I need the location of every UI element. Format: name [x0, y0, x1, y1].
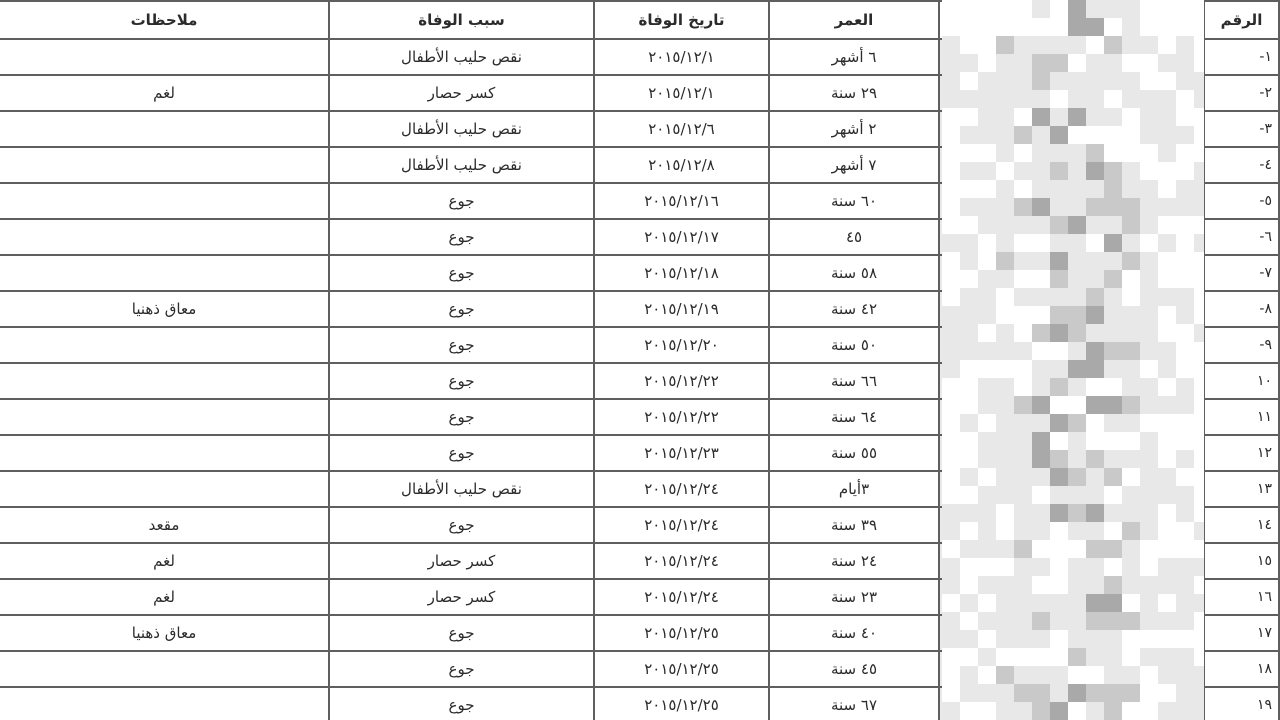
mosaic-tile [1050, 504, 1068, 522]
mosaic-tile [1032, 522, 1050, 540]
mosaic-tile [1050, 36, 1068, 54]
mosaic-tile [1122, 378, 1140, 396]
mosaic-tile [1158, 162, 1176, 180]
mosaic-tile [996, 324, 1014, 342]
mosaic-tile [1104, 0, 1122, 18]
row-number: ١٥ [1204, 543, 1279, 579]
mosaic-tile [1140, 324, 1158, 342]
mosaic-tile [1068, 234, 1086, 252]
mosaic-tile [960, 414, 978, 432]
mosaic-tile [960, 54, 978, 72]
cause-cell: جوع [329, 255, 594, 291]
notes-cell [0, 687, 329, 720]
mosaic-tile [1014, 540, 1032, 558]
mosaic-tile [942, 504, 960, 522]
mosaic-tile [1194, 180, 1204, 198]
mosaic-tile [978, 288, 996, 306]
mosaic-tile [942, 612, 960, 630]
mosaic-tile [1158, 684, 1176, 702]
mosaic-tile [1158, 396, 1176, 414]
mosaic-tile [942, 558, 960, 576]
mosaic-tile [1158, 90, 1176, 108]
mosaic-tile [1104, 630, 1122, 648]
mosaic-tile [1122, 216, 1140, 234]
mosaic-tile [960, 198, 978, 216]
mosaic-tile [996, 414, 1014, 432]
mosaic-tile [1014, 504, 1032, 522]
mosaic-tile [1104, 288, 1122, 306]
mosaic-tile [978, 306, 996, 324]
mosaic-tile [1050, 702, 1068, 720]
mosaic-tile [1104, 414, 1122, 432]
mosaic-tile [1122, 540, 1140, 558]
mosaic-tile [1032, 468, 1050, 486]
mosaic-tile [1068, 648, 1086, 666]
date-cell: ٢٠١٥/١٢/٢٤ [594, 507, 769, 543]
mosaic-tile [1176, 180, 1194, 198]
mosaic-tile [1122, 0, 1140, 18]
mosaic-tile [978, 396, 996, 414]
mosaic-tile [1086, 18, 1104, 36]
mosaic-tile [1140, 180, 1158, 198]
mosaic-tile [996, 702, 1014, 720]
mosaic-tile [1176, 324, 1194, 342]
mosaic-tile [1176, 666, 1194, 684]
mosaic-tile [1176, 144, 1194, 162]
mosaic-tile [996, 648, 1014, 666]
mosaic-tile [1086, 324, 1104, 342]
mosaic-tile [1068, 486, 1086, 504]
mosaic-tile [942, 54, 960, 72]
mosaic-tile [1014, 36, 1032, 54]
date-cell: ٢٠١٥/١٢/٢٤ [594, 543, 769, 579]
mosaic-tile [1050, 18, 1068, 36]
mosaic-tile [1104, 90, 1122, 108]
mosaic-tile [1194, 666, 1204, 684]
mosaic-tile [1032, 54, 1050, 72]
mosaic-tile [1158, 72, 1176, 90]
mosaic-tile [1014, 198, 1032, 216]
mosaic-tile [960, 288, 978, 306]
mosaic-tile [1104, 450, 1122, 468]
mosaic-tile [1014, 306, 1032, 324]
mosaic-tile [960, 144, 978, 162]
mosaic-tile [1122, 144, 1140, 162]
mosaic-tile [1194, 270, 1204, 288]
mosaic-tile [1014, 522, 1032, 540]
mosaic-tile [1050, 522, 1068, 540]
mosaic-tile [1122, 234, 1140, 252]
age-cell: ٥٠ سنة [769, 327, 939, 363]
mosaic-tile [1032, 306, 1050, 324]
mosaic-tile [1122, 666, 1140, 684]
mosaic-tile [1140, 522, 1158, 540]
notes-cell: لغم [0, 75, 329, 111]
mosaic-tile [960, 234, 978, 252]
notes-cell [0, 399, 329, 435]
mosaic-tile [996, 270, 1014, 288]
mosaic-tile [1158, 360, 1176, 378]
mosaic-tile [1176, 612, 1194, 630]
mosaic-tile [1068, 162, 1086, 180]
mosaic-tile [1122, 54, 1140, 72]
mosaic-tile [1086, 234, 1104, 252]
mosaic-tile [978, 486, 996, 504]
mosaic-tile [1176, 0, 1194, 18]
mosaic-tile [1068, 594, 1086, 612]
age-cell: ٣أيام [769, 471, 939, 507]
mosaic-tile [1032, 558, 1050, 576]
mosaic-tile [1068, 666, 1086, 684]
mosaic-tile [1032, 360, 1050, 378]
mosaic-tile [1014, 486, 1032, 504]
mosaic-tile [942, 162, 960, 180]
mosaic-tile [1086, 144, 1104, 162]
mosaic-tile [1140, 558, 1158, 576]
mosaic-tile [1050, 72, 1068, 90]
cause-cell: جوع [329, 687, 594, 720]
date-cell: ٢٠١٥/١٢/١٧ [594, 219, 769, 255]
mosaic-tile [1068, 684, 1086, 702]
mosaic-tile [1140, 0, 1158, 18]
mosaic-tile [1140, 432, 1158, 450]
mosaic-tile [1068, 450, 1086, 468]
row-number: ٨- [1204, 291, 1279, 327]
mosaic-tile [1194, 414, 1204, 432]
mosaic-tile [978, 702, 996, 720]
pixelated-names-region [942, 0, 1204, 720]
mosaic-tile [1104, 252, 1122, 270]
cause-cell: جوع [329, 219, 594, 255]
mosaic-tile [1086, 252, 1104, 270]
mosaic-tile [960, 648, 978, 666]
mosaic-tile [960, 270, 978, 288]
mosaic-tile [1194, 306, 1204, 324]
mosaic-tile [960, 18, 978, 36]
mosaic-tile [1140, 378, 1158, 396]
cause-cell: نقص حليب الأطفال [329, 471, 594, 507]
mosaic-tile [1194, 162, 1204, 180]
mosaic-tile [978, 594, 996, 612]
mosaic-tile [1014, 612, 1032, 630]
mosaic-tile [1194, 576, 1204, 594]
mosaic-tile [1050, 684, 1068, 702]
mosaic-tile [1158, 144, 1176, 162]
mosaic-tile [942, 126, 960, 144]
mosaic-tile [1050, 288, 1068, 306]
mosaic-tile [942, 684, 960, 702]
mosaic-tile [1050, 180, 1068, 198]
mosaic-tile [996, 54, 1014, 72]
mosaic-tile [1014, 360, 1032, 378]
mosaic-tile [1194, 288, 1204, 306]
mosaic-tile [960, 450, 978, 468]
mosaic-tile [1194, 522, 1204, 540]
mosaic-tile [978, 198, 996, 216]
mosaic-tile [1068, 702, 1086, 720]
mosaic-tile [1032, 36, 1050, 54]
date-cell: ٢٠١٥/١٢/١٦ [594, 183, 769, 219]
notes-cell: معاق ذهنيا [0, 615, 329, 651]
row-number: ٣- [1204, 111, 1279, 147]
mosaic-tile [1050, 162, 1068, 180]
mosaic-tile [978, 54, 996, 72]
mosaic-tile [1104, 486, 1122, 504]
mosaic-tile [1014, 648, 1032, 666]
age-cell: ٤٥ سنة [769, 651, 939, 687]
mosaic-tile [942, 90, 960, 108]
mosaic-tile [1068, 72, 1086, 90]
cause-cell: جوع [329, 291, 594, 327]
mosaic-tile [996, 666, 1014, 684]
mosaic-tile [1194, 594, 1204, 612]
mosaic-tile [1032, 684, 1050, 702]
age-cell: ٥٥ سنة [769, 435, 939, 471]
mosaic-tile [1032, 396, 1050, 414]
mosaic-tile [1050, 108, 1068, 126]
mosaic-tile [1086, 576, 1104, 594]
cause-cell: نقص حليب الأطفال [329, 147, 594, 183]
age-cell: ٤٥ [769, 219, 939, 255]
mosaic-tile [1104, 360, 1122, 378]
mosaic-tile [1140, 450, 1158, 468]
mosaic-tile [1068, 396, 1086, 414]
mosaic-tile [1140, 684, 1158, 702]
mosaic-tile [1140, 252, 1158, 270]
row-number: ١٢ [1204, 435, 1279, 471]
mosaic-tile [1086, 198, 1104, 216]
mosaic-tile [1104, 684, 1122, 702]
mosaic-tile [942, 198, 960, 216]
mosaic-tile [1194, 144, 1204, 162]
mosaic-tile [978, 522, 996, 540]
mosaic-tile [1014, 54, 1032, 72]
mosaic-tile [1194, 684, 1204, 702]
mosaic-tile [1050, 360, 1068, 378]
mosaic-tile [996, 612, 1014, 630]
notes-cell [0, 435, 329, 471]
mosaic-tile [1158, 180, 1176, 198]
mosaic-tile [960, 90, 978, 108]
cause-cell: جوع [329, 399, 594, 435]
cause-cell: جوع [329, 183, 594, 219]
mosaic-tile [978, 468, 996, 486]
mosaic-tile [1086, 666, 1104, 684]
mosaic-tile [1176, 576, 1194, 594]
mosaic-tile [1014, 450, 1032, 468]
mosaic-tile [1158, 504, 1176, 522]
mosaic-tile [960, 162, 978, 180]
mosaic-tile [1068, 468, 1086, 486]
mosaic-tile [1032, 288, 1050, 306]
mosaic-tile [1068, 126, 1086, 144]
mosaic-tile [960, 36, 978, 54]
mosaic-tile [1104, 666, 1122, 684]
mosaic-tile [1158, 594, 1176, 612]
mosaic-tile [942, 594, 960, 612]
mosaic-tile [1068, 540, 1086, 558]
mosaic-tile [1158, 54, 1176, 72]
mosaic-tile [1122, 306, 1140, 324]
mosaic-tile [1176, 18, 1194, 36]
date-cell: ٢٠١٥/١٢/٢٠ [594, 327, 769, 363]
mosaic-tile [1176, 342, 1194, 360]
mosaic-tile [978, 612, 996, 630]
mosaic-tile [960, 522, 978, 540]
mosaic-tile [960, 630, 978, 648]
mosaic-tile [1176, 396, 1194, 414]
mosaic-tile [1158, 288, 1176, 306]
mosaic-tile [1140, 90, 1158, 108]
mosaic-tile [996, 18, 1014, 36]
mosaic-tile [1050, 666, 1068, 684]
mosaic-tile [1050, 252, 1068, 270]
cause-cell: جوع [329, 615, 594, 651]
mosaic-tile [1158, 324, 1176, 342]
mosaic-tile [1194, 378, 1204, 396]
notes-cell [0, 327, 329, 363]
date-cell: ٢٠١٥/١٢/٢٤ [594, 579, 769, 615]
mosaic-tile [942, 216, 960, 234]
mosaic-tile [978, 252, 996, 270]
mosaic-tile [1014, 414, 1032, 432]
mosaic-tile [1158, 666, 1176, 684]
mosaic-tile [1032, 648, 1050, 666]
mosaic-tile [960, 396, 978, 414]
mosaic-tile [1194, 126, 1204, 144]
date-cell: ٢٠١٥/١٢/٢٥ [594, 687, 769, 720]
mosaic-tile [1122, 702, 1140, 720]
cause-cell: جوع [329, 327, 594, 363]
mosaic-tile [1104, 306, 1122, 324]
mosaic-tile [1176, 162, 1194, 180]
mosaic-tile [1176, 468, 1194, 486]
cause-cell: كسر حصار [329, 579, 594, 615]
mosaic-tile [1194, 702, 1204, 720]
mosaic-tile [1122, 612, 1140, 630]
mosaic-tile [960, 540, 978, 558]
mosaic-tile [1032, 630, 1050, 648]
mosaic-tile [1104, 108, 1122, 126]
notes-cell [0, 471, 329, 507]
mosaic-tile [996, 0, 1014, 18]
mosaic-tile [1068, 504, 1086, 522]
mosaic-tile [1086, 702, 1104, 720]
mosaic-tile [1068, 198, 1086, 216]
row-number: ٢- [1204, 75, 1279, 111]
mosaic-tile [1068, 342, 1086, 360]
mosaic-tile [1158, 18, 1176, 36]
mosaic-tile [1194, 432, 1204, 450]
header-age: العمر [769, 1, 939, 39]
mosaic-tile [1014, 108, 1032, 126]
mosaic-tile [942, 486, 960, 504]
mosaic-tile [1140, 108, 1158, 126]
mosaic-tile [996, 198, 1014, 216]
date-cell: ٢٠١٥/١٢/٢٢ [594, 363, 769, 399]
mosaic-tile [1032, 378, 1050, 396]
mosaic-tile [1194, 72, 1204, 90]
mosaic-tile [1176, 594, 1194, 612]
notes-cell [0, 183, 329, 219]
mosaic-tile [1032, 234, 1050, 252]
row-number: ١٨ [1204, 651, 1279, 687]
mosaic-tile [1014, 396, 1032, 414]
mosaic-tile [1086, 72, 1104, 90]
mosaic-tile [1014, 378, 1032, 396]
cause-cell: كسر حصار [329, 75, 594, 111]
mosaic-tile [960, 360, 978, 378]
mosaic-tile [1176, 234, 1194, 252]
mosaic-tile [960, 180, 978, 198]
mosaic-tile [1014, 630, 1032, 648]
mosaic-tile [996, 558, 1014, 576]
mosaic-tile [1086, 414, 1104, 432]
mosaic-tile [978, 504, 996, 522]
mosaic-tile [960, 558, 978, 576]
mosaic-tile [1068, 522, 1086, 540]
mosaic-tile [1068, 90, 1086, 108]
mosaic-tile [1122, 198, 1140, 216]
age-cell: ٦٧ سنة [769, 687, 939, 720]
mosaic-tile [1050, 450, 1068, 468]
age-cell: ٤٠ سنة [769, 615, 939, 651]
mosaic-tile [1176, 108, 1194, 126]
age-cell: ٤٢ سنة [769, 291, 939, 327]
mosaic-tile [1104, 72, 1122, 90]
mosaic-tile [942, 342, 960, 360]
mosaic-tile [1086, 468, 1104, 486]
mosaic-tile [1032, 324, 1050, 342]
mosaic-tile [1104, 180, 1122, 198]
mosaic-tile [996, 576, 1014, 594]
mosaic-tile [1032, 72, 1050, 90]
mosaic-tile [1086, 612, 1104, 630]
mosaic-tile [1176, 360, 1194, 378]
mosaic-tile [1086, 288, 1104, 306]
mosaic-tile [1086, 486, 1104, 504]
mosaic-tile [1014, 144, 1032, 162]
mosaic-tile [1140, 612, 1158, 630]
mosaic-tile [1140, 162, 1158, 180]
date-cell: ٢٠١٥/١٢/١٩ [594, 291, 769, 327]
mosaic-tile [1032, 18, 1050, 36]
mosaic-tile [1104, 324, 1122, 342]
mosaic-tile [1176, 288, 1194, 306]
mosaic-tile [1014, 558, 1032, 576]
date-cell: ٢٠١٥/١٢/٨ [594, 147, 769, 183]
mosaic-tile [1122, 630, 1140, 648]
mosaic-tile [1104, 216, 1122, 234]
mosaic-tile [1032, 144, 1050, 162]
mosaic-tile [1032, 198, 1050, 216]
mosaic-tile [1158, 468, 1176, 486]
date-cell: ٢٠١٥/١٢/٢٤ [594, 471, 769, 507]
mosaic-tile [1140, 342, 1158, 360]
mosaic-tile [978, 270, 996, 288]
mosaic-tile [942, 72, 960, 90]
mosaic-tile [1068, 432, 1086, 450]
row-number: ١٧ [1204, 615, 1279, 651]
mosaic-tile [978, 18, 996, 36]
mosaic-tile [1194, 396, 1204, 414]
mosaic-tile [1158, 414, 1176, 432]
mosaic-tile [1194, 342, 1204, 360]
mosaic-tile [1050, 306, 1068, 324]
mosaic-tile [1122, 576, 1140, 594]
mosaic-tile [1140, 36, 1158, 54]
mosaic-tile [978, 648, 996, 666]
